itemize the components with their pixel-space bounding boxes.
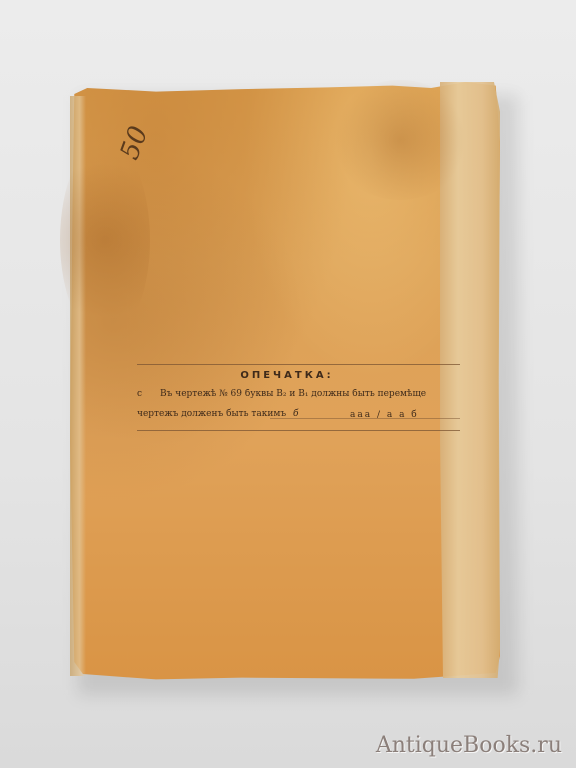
erratum-heading: ОПЕЧАТКА: [137, 370, 437, 381]
water-stain [60, 140, 150, 340]
erratum-text-2: чертежъ долженъ быть такимъ [137, 409, 286, 419]
rule-top [137, 364, 460, 365]
watermark: AntiqueBooks.ru [376, 733, 562, 758]
erratum-text-1: Въ чертежѣ № 69 буквы B₂ и B₁ должны быт… [160, 389, 426, 399]
erratum-bullet: с [137, 389, 142, 399]
erratum-scribbles: ааа ∕ а а б [350, 410, 419, 420]
erratum-line-1: сВъ чертежѣ № 69 буквы B₂ и B₁ должны бы… [137, 389, 457, 399]
water-stain [330, 80, 470, 200]
rule-bottom [137, 430, 460, 431]
